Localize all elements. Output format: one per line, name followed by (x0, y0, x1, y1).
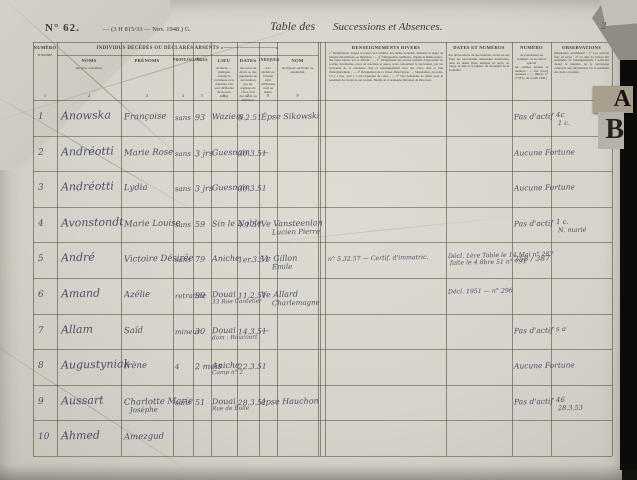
cell-obs: 4c (556, 111, 565, 119)
cell-prenoms: Lydia (124, 183, 148, 193)
cell-epoux: Épse Sikowski (261, 111, 320, 121)
col-header-noms: NOMS (en gros caractères) 2 (57, 55, 121, 100)
document-number: N° 62. (45, 22, 80, 34)
col-header-professions: PROFESSIONS 4 (173, 55, 193, 100)
cell-prenoms: Irène (124, 361, 147, 371)
cell-profession: sans (175, 399, 191, 407)
cell-num: 6 (38, 290, 44, 300)
cell-age: 90 (195, 291, 205, 300)
table-row: 2AndréottiMarie Rosesans3 jrsGuesnain30.… (0, 136, 622, 172)
cell-profession: sans (175, 114, 191, 122)
table-row: 1AnowskaFrançoisesans93Waziers6.2.51Épse… (0, 100, 622, 136)
col-header-ordre: NUMÉRO D'ORDRE 1 (33, 42, 57, 100)
col-header-etat-civil: INDIQUER si le décédé ou l'absent était … (259, 55, 277, 100)
cell-age: 30 (195, 326, 205, 335)
cell-prenoms: Saïd (124, 325, 143, 335)
col-header-renseignements: RENSEIGNEMENTS DIVERS 1° Désignation, d'… (326, 42, 446, 100)
cell-profession: sans (175, 149, 191, 157)
cell-obs2: 28.3.53 (558, 404, 583, 413)
table-row: 4AvonstondtMarie Louisesans59Sin le Nobl… (0, 207, 622, 243)
cell-nom: Amand (61, 287, 100, 301)
cell-profession: 4 (175, 363, 180, 371)
cell-num: 5 (38, 254, 44, 264)
cell-age: 3 jrs (195, 148, 213, 157)
cell-profession: sans (175, 221, 191, 229)
cell-epoux2: Lucien Pierre (272, 227, 320, 236)
cell-age: 59 (195, 220, 205, 229)
cell-lieu: Aniche (212, 254, 240, 264)
cell-numero: Pas d'actif (514, 396, 553, 406)
cell-date: 22.3.51 (238, 362, 267, 372)
cell-date: 6.2.51 (238, 113, 262, 122)
cell-age: 79 (195, 255, 205, 264)
paper-sheet: N° 62. — (3 H 815/33 — Nov. 1948.) G. Ta… (0, 0, 622, 480)
index-tab-a: A (593, 86, 633, 113)
index-tab-b: B (598, 112, 624, 149)
col-header-prenoms: PRÉNOMS 3 (121, 55, 173, 100)
col-header-dates-numeros: DATES ET NUMÉROS des déclarations de suc… (446, 42, 512, 100)
cell-numero: Pas d'actif (514, 325, 553, 335)
cell-lieu: Douai (212, 397, 236, 406)
cell-obs2: 1 c. (558, 119, 570, 127)
cell-lieu: Douai (212, 290, 236, 299)
table-row: 7AllamSaïdmineur30Douaidom : Roucourt14.… (0, 314, 622, 350)
cell-num: 3 (38, 183, 44, 193)
cell-age: 51 (195, 398, 205, 407)
cell-numero: Pas d'actif (514, 218, 553, 228)
cell-num: 7 (38, 326, 44, 336)
cell-age: 93 (195, 113, 205, 122)
cell-epoux2: Charlemagne (272, 299, 320, 308)
cell-epoux2: Émile (272, 263, 293, 271)
cell-date: 4.1.51 (238, 220, 262, 229)
cell-num: 8 (38, 361, 44, 371)
cell-num: 4 (38, 219, 44, 229)
cell-nom: Aussart (61, 393, 104, 407)
col-header-epoux: NOM de l'époux survivant ou prédécédé 9 (277, 55, 318, 100)
cell-num: 10 (38, 432, 50, 442)
cell-lieu: Douai (212, 325, 236, 334)
cell-nom: Anowska (61, 108, 111, 122)
cell-profession: sans (175, 185, 191, 193)
page-title-right: Successions et Absences. (333, 21, 442, 33)
cell-obs: s a (556, 324, 566, 332)
cell-obs: 46 (556, 396, 565, 404)
scanned-register-page: N° 62. — (3 H 815/33 — Nov. 1948.) G. Ta… (0, 0, 637, 480)
cell-obs2: N. marié (558, 225, 587, 234)
cell-decl: Décl. 1951 — n° 296 (448, 287, 513, 295)
cell-num: 9 (38, 397, 44, 407)
col-header-ages: ÂGES 5 (193, 55, 211, 100)
cell-prenoms: Françoise (124, 112, 167, 123)
cell-nom: André (61, 251, 95, 265)
table-row: 9AussartCharlotte MarieJosèphesans51Doua… (0, 385, 622, 421)
cell-nom: Andréotti (61, 180, 114, 194)
cell-prenoms: Amezgud (124, 432, 164, 443)
cell-rens: n° 5.32.57 — Certif. d'immatric. (328, 254, 429, 263)
rule-horizontal (33, 456, 612, 457)
table-row: 10AhmedAmezgud (0, 420, 622, 456)
cell-numero: Aucune Fortune (514, 147, 575, 157)
cell-nom: Allam (61, 322, 93, 336)
table-row: 5AndréVictoire Désiréesans79Aniche1er.3.… (0, 242, 622, 278)
col-header-dates: DATES des actes de décès ou des jugement… (237, 55, 259, 100)
cell-prenoms: Marie Louise (124, 218, 181, 229)
cell-numero: Pas d'actif (514, 112, 553, 122)
cell-age: 3 jrs (195, 184, 213, 193)
page-title-left: Table des (270, 19, 315, 34)
table-row: 3AndréottiLydiasans3 jrsGuesnain30.3.51A… (0, 171, 622, 207)
col-header-lieu: LIEU du décès — (indiquer ensuite la com… (211, 55, 237, 100)
table-row: 6AmandAzélieretraitée90Douai33 Rue Cante… (0, 278, 622, 314)
cell-epoux: Ve Allard (261, 290, 298, 300)
cell-numero: 258 / 387 (514, 254, 550, 264)
rule-horizontal (33, 42, 612, 43)
cell-numero: Aucune Fortune (514, 183, 575, 193)
cell-num: 1 (38, 112, 44, 122)
col-header-numero-sommier: NUMÉRO de classement au sommier ou au re… (512, 42, 551, 100)
table-row: 8AugustyniakIrène42 moisAnicheCamp n° 22… (0, 349, 622, 385)
document-reference: — (3 H 815/33 — Nov. 1948.) G. (103, 26, 191, 33)
cell-nom: Andréotti (61, 144, 114, 158)
cell-profession: sans (175, 256, 191, 264)
cell-prenoms: Marie Rose (124, 147, 173, 158)
cell-prenoms: Azélie (124, 290, 150, 301)
cell-numero: Aucune Fortune (514, 361, 575, 371)
cell-epoux: épse Hauchon (261, 396, 319, 406)
cell-num: 2 (38, 148, 44, 158)
cell-epoux: — (261, 326, 269, 335)
cell-prenoms2: Josèphe (130, 406, 158, 415)
cell-epoux: — (261, 148, 269, 157)
cell-nom: Ahmed (61, 429, 100, 443)
cell-nom: Avonstondt (61, 215, 124, 229)
cell-nom: Augustyniak (61, 357, 131, 371)
rule-horizontal (57, 55, 318, 56)
cell-date: 30.3.51 (238, 184, 267, 194)
cell-obs: 1 c. (556, 218, 569, 226)
pencil-mark: 2 (601, 22, 607, 32)
